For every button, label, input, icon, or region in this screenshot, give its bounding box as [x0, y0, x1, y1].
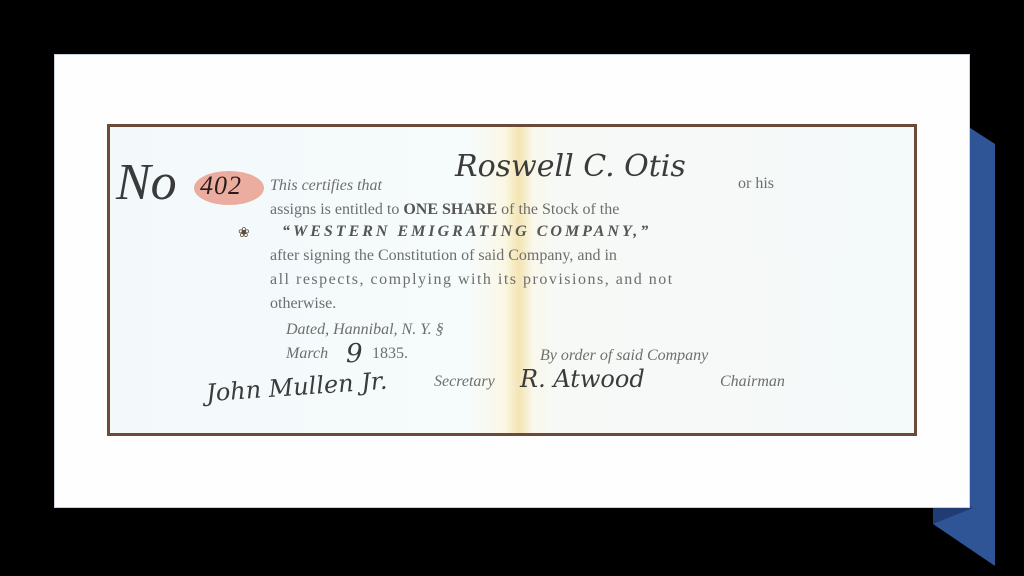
- share-certificate: No 402 ❀ This certifies that Roswell C. …: [107, 124, 917, 436]
- holder-name-signature: Roswell C. Otis: [455, 149, 686, 184]
- one-share-text: ONE SHARE: [403, 201, 497, 218]
- date-year: 1835.: [372, 345, 408, 363]
- number-prefix: No: [116, 153, 177, 212]
- certifies-text: This certifies that: [270, 177, 382, 195]
- entitlement-text-a: assigns is entitled to: [270, 201, 403, 218]
- by-order-text: By order of said Company: [540, 347, 708, 365]
- certificate-number: 402: [200, 171, 242, 201]
- provisions-line: all respects, complying with its provisi…: [270, 271, 674, 289]
- or-his-text: or his: [738, 175, 774, 193]
- company-name: “WESTERN EMIGRATING COMPANY,”: [282, 223, 651, 241]
- ornament-icon: ❀: [238, 225, 250, 242]
- constitution-line: after signing the Constitution of said C…: [270, 247, 617, 265]
- secretary-label: Secretary: [434, 373, 495, 391]
- date-day: 9: [346, 339, 363, 369]
- entitlement-line: assigns is entitled to ONE SHARE of the …: [270, 201, 619, 219]
- chairman-label: Chairman: [720, 373, 785, 391]
- date-month: March: [286, 345, 328, 363]
- chairman-signature: R. Atwood: [520, 365, 645, 393]
- otherwise-line: otherwise.: [270, 295, 336, 313]
- dated-line: Dated, Hannibal, N. Y. §: [286, 321, 444, 339]
- entitlement-text-c: of the Stock of the: [497, 201, 619, 218]
- secretary-signature: John Mullen Jr.: [205, 367, 388, 408]
